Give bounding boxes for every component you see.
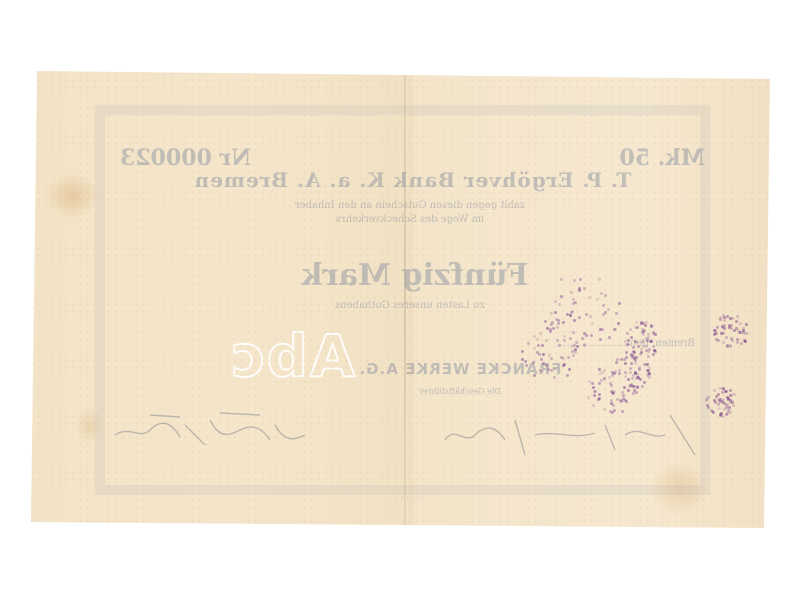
denomination-short: Mk. 50 — [619, 145, 705, 171]
small-text-1: zahlt gegen diesen Gutschein an den Inha… — [235, 200, 585, 211]
banknote: Mk. 50 Nr 000023 T. P. Ergöhver Bank K. … — [0, 0, 800, 600]
issuer-subtitle: Die Geschäftsführer — [330, 387, 590, 396]
header-line: Mk. 50 Nr 000023 — [120, 145, 705, 171]
paper-surface: Mk. 50 Nr 000023 T. P. Ergöhver Bank K. … — [0, 0, 800, 600]
purple-stamp — [430, 240, 760, 470]
small-text-2: im Wege des Scheckverkehrs — [235, 214, 585, 225]
footer-text: · · · · · · — [300, 494, 520, 503]
issuer-name: FRANCKE WERKE A.G. — [330, 360, 590, 378]
small-text-3: zu Lasten unseres Guthabens — [235, 300, 585, 311]
signature-right — [440, 395, 700, 475]
perforation-cancel: Abc — [205, 322, 355, 382]
serial-number: Nr 000023 — [120, 145, 251, 171]
signature-left — [110, 395, 370, 475]
fold-crease — [404, 75, 406, 527]
bank-name: T. P. Ergöhver Bank K. a. A. Bremen — [120, 168, 705, 192]
amount-words: Fünfzig Mark — [220, 258, 610, 293]
small-text-4: Bremen, den ...................... — [95, 338, 695, 349]
guilloche-border — [95, 105, 710, 495]
